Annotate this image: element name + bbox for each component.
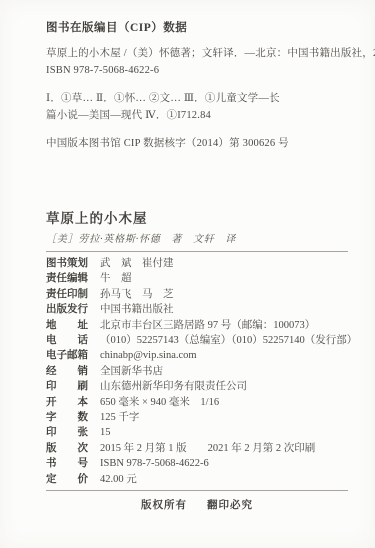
colophon-row-label: 开 本 [46,395,92,410]
colophon-row-value: 武 斌 崔付建 [100,258,174,269]
colophon-row: 版 次2015 年 2 月第 1 版 2021 年 2 月第 2 次印刷 [46,441,348,456]
colophon-row-value: chinabp@vip.sina.com [100,350,197,361]
cip-block: 图书在版编目（CIP）数据 草原上的小木屋 /（美）怀德著；文轩译．—北京：中国… [46,21,348,152]
colophon-row: 图书策划武 斌 崔付建 [46,256,348,271]
colophon-row: 出版发行中国书籍出版社 [46,302,348,317]
colophon-row: 地 址北京市丰台区三路居路 97 号（邮编：100073） [46,318,348,333]
cip-registry-line: 中国版本图书馆 CIP 数据核字（2014）第 300626 号 [46,135,348,152]
colophon-row-value: 中国书籍出版社 [100,304,174,315]
colophon-row: 定 价42.00 元 [46,472,348,487]
colophon-row: 印 张15 [46,425,348,440]
colophon-row-value: 2015 年 2 月第 1 版 2021 年 2 月第 2 次印刷 [100,443,315,454]
colophon-row-value: 山东德州新华印务有限责任公司 [100,381,247,392]
copyright-notice-right: 翻印必究 [207,498,253,513]
colophon-row-label: 字 数 [46,410,92,425]
colophon-row: 书 号ISBN 978-7-5068-4622-6 [46,456,348,471]
title-block: 草原上的小木屋 ［美］劳拉·英格斯·怀德 著 文轩 译 [46,210,348,247]
colophon-row-value: 北京市丰台区三路居路 97 号（邮编：100073） [100,320,315,331]
colophon-row-label: 责任编辑 [46,271,92,286]
colophon-row-value: 15 [100,427,111,438]
colophon-row: 经 销全国新华书店 [46,364,348,379]
divider-top [46,251,348,252]
colophon-row-label: 地 址 [46,318,92,333]
divider-bottom [46,490,348,491]
colophon-row-value: 125 千字 [100,412,139,423]
cip-heading: 图书在版编目（CIP）数据 [46,21,348,35]
colophon-row-value: （010）52257143（总编室）（010）52257140（发行部） [100,335,357,346]
colophon-row: 印 刷山东德州新华印务有限责任公司 [46,379,348,394]
colophon-row-value: 孙马飞 马 芝 [100,289,174,300]
colophon-row-label: 责任印制 [46,287,92,302]
colophon-table: 图书策划武 斌 崔付建 责任编辑牛 超 责任印制孙马飞 马 芝 出版发行中国书籍… [46,256,348,487]
colophon-row: 字 数125 千字 [46,410,348,425]
book-byline: ［美］劳拉·英格斯·怀德 著 文轩 译 [46,233,348,247]
cip-classification-line-1: Ⅰ．①草… Ⅱ．①怀… ②文… Ⅲ．①儿童文学—长 [46,90,348,107]
cip-classification-line-2: 篇小说—美国—现代 Ⅳ．①I712.84 [46,107,348,124]
book-title: 草原上的小木屋 [46,210,348,228]
colophon-row-label: 电 话 [46,333,92,348]
colophon-row-value: ISBN 978-7-5068-4622-6 [100,458,209,469]
colophon-row-label: 印 张 [46,425,92,440]
copyright-notice: 版权所有 翻印必究 [46,498,348,513]
colophon-row-value: 全国新华书店 [100,366,163,377]
colophon-row-label: 版 次 [46,441,92,456]
cip-isbn-line: ISBN 978-7-5068-4622-6 [46,62,348,79]
colophon-row-value: 650 毫米 × 940 毫米 1/16 [100,397,219,408]
colophon-row: 开 本650 毫米 × 940 毫米 1/16 [46,395,348,410]
page-content: 图书在版编目（CIP）数据 草原上的小木屋 /（美）怀德著；文轩译．—北京：中国… [0,0,375,513]
colophon-row: 电 话（010）52257143（总编室）（010）52257140（发行部） [46,333,348,348]
cip-record-line: 草原上的小木屋 /（美）怀德著；文轩译．—北京：中国书籍出版社，2015.2 [46,45,348,62]
copyright-notice-left: 版权所有 [141,498,187,513]
book-copyright-page: 图书在版编目（CIP）数据 草原上的小木屋 /（美）怀德著；文轩译．—北京：中国… [0,0,375,548]
colophon-row-value: 牛 超 [100,273,132,284]
colophon-row-label: 出版发行 [46,302,92,317]
colophon-row: 责任印制孙马飞 马 芝 [46,287,348,302]
cip-classification-block: Ⅰ．①草… Ⅱ．①怀… ②文… Ⅲ．①儿童文学—长 篇小说—美国—现代 Ⅳ．①I… [46,90,348,124]
colophon-row-label: 图书策划 [46,256,92,271]
colophon-row-label: 经 销 [46,364,92,379]
colophon-row: 责任编辑牛 超 [46,271,348,286]
colophon-row-label: 书 号 [46,456,92,471]
colophon-row-label: 电子邮箱 [46,348,92,363]
colophon-row-label: 印 刷 [46,379,92,394]
colophon-row-value: 42.00 元 [100,474,137,485]
colophon-row-label: 定 价 [46,472,92,487]
colophon-row: 电子邮箱chinabp@vip.sina.com [46,348,348,363]
